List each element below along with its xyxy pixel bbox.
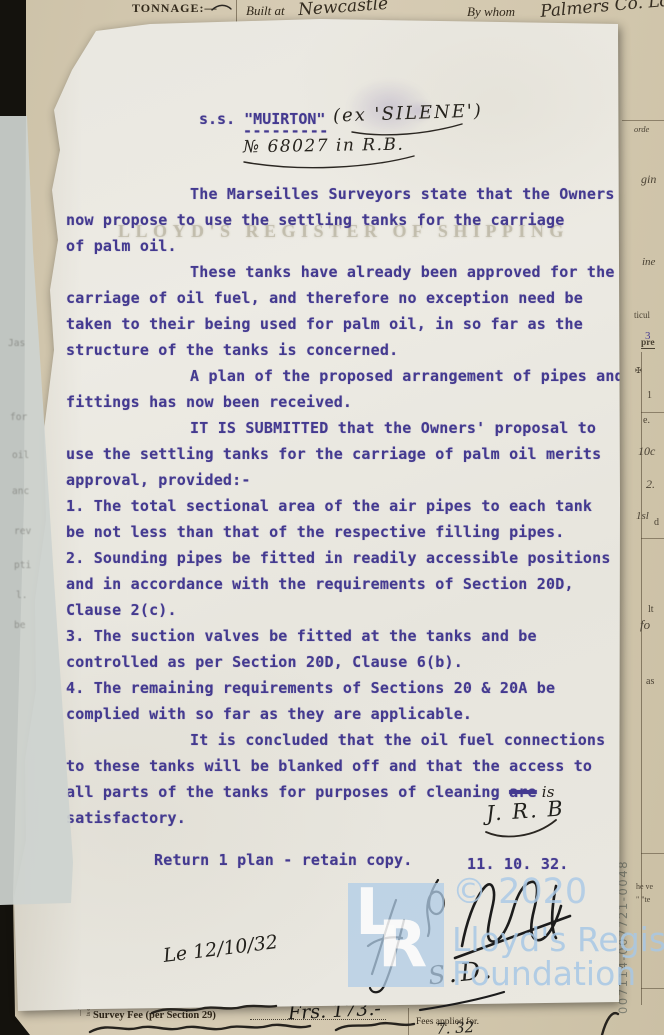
bleed-fragment: anc	[12, 486, 29, 497]
footer-date: 11. 10. 32.	[467, 855, 569, 873]
memo-line-text: all parts of the tanks for purposes of c…	[66, 783, 500, 801]
bleed-fragment: pti	[14, 560, 31, 571]
sd-signature: S.D.	[427, 955, 497, 991]
memo-line: now propose to use the settling tanks fo…	[66, 207, 622, 233]
ex-name-annotation: (ex 'SILENE')	[333, 100, 484, 126]
bleed-fragment: be	[14, 620, 25, 631]
bleed-fragment: Jas	[8, 338, 25, 349]
memo-line: These tanks have already been approved f…	[66, 259, 622, 285]
memo-page-wrap: LLOYD'S REGISTER OF SHIPPING s.s. "MUIRT…	[0, 0, 664, 1035]
memo-line: The Marseilles Surveyors state that the …	[66, 181, 622, 207]
memo-line: of palm oil.	[66, 233, 622, 259]
memo-line: controlled as per Section 20D, Clause 6(…	[66, 649, 622, 675]
memo-line: use the settling tanks for the carriage …	[66, 441, 622, 467]
memo-line: and in accordance with the requirements …	[66, 571, 622, 597]
memo-line: taken to their being used for palm oil, …	[66, 311, 622, 337]
memo-line: Clause 2(c).	[66, 597, 622, 623]
memo-line: IT IS SUBMITTED that the Owners' proposa…	[66, 415, 622, 441]
register-number: № 68027 in R.B.	[243, 135, 405, 158]
memo-line: 2. Sounding pipes be fitted in readily a…	[66, 545, 622, 571]
memo-body: The Marseilles Surveyors state that the …	[66, 181, 622, 831]
bleed-fragment: rev	[14, 526, 31, 537]
handwritten-date-note: Le 12/10/32	[162, 931, 279, 967]
memo-line: 1. The total sectional area of the air p…	[66, 493, 622, 519]
memo-line: carriage of oil fuel, and therefore no e…	[66, 285, 622, 311]
memo-line: 3. The suction valves be fitted at the t…	[66, 623, 622, 649]
bleed-fragment: oil	[12, 450, 29, 461]
document-scan: TONNAGE:— Built at Newcastle By whom Pal…	[0, 0, 664, 1035]
memo-page: LLOYD'S REGISTER OF SHIPPING s.s. "MUIRT…	[0, 0, 664, 1035]
memo-line: to these tanks will be blanked off and t…	[66, 753, 622, 779]
bleed-fragment: for	[10, 412, 27, 423]
memo-line: 4. The remaining requirements of Section…	[66, 675, 622, 701]
bleed-fragment: l.	[16, 590, 27, 601]
footer-instruction: Return 1 plan - retain copy.	[154, 851, 412, 869]
memo-line: approval, provided:-	[66, 467, 622, 493]
memo-line: complied with so far as they are applica…	[66, 701, 622, 727]
memo-line: It is concluded that the oil fuel connec…	[66, 727, 622, 753]
memo-line: structure of the tanks is concerned.	[66, 337, 622, 363]
memo-line: fittings has now been received.	[66, 389, 622, 415]
memo-line: be not less than that of the respective …	[66, 519, 622, 545]
memo-line: A plan of the proposed arrangement of pi…	[66, 363, 622, 389]
fees-applied-value: 7. 32	[436, 1018, 475, 1035]
